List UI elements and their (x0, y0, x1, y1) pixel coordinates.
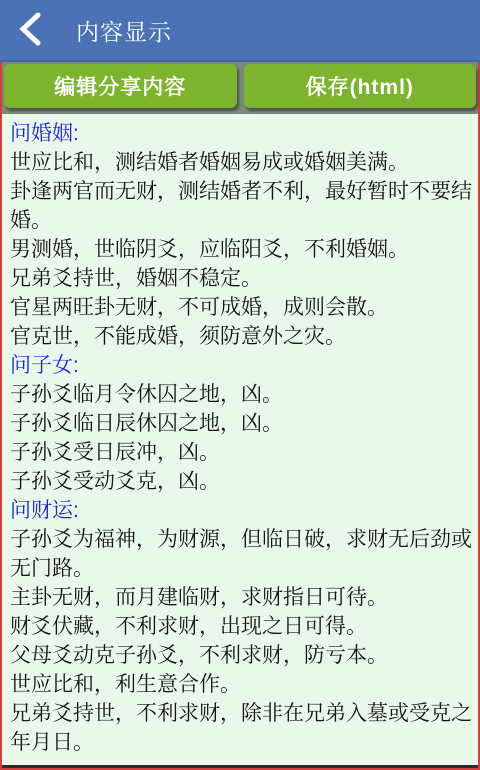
back-button[interactable] (8, 7, 52, 53)
section-heading: 问婚姻: (10, 119, 472, 148)
content-line: 子孙爻临月令休囚之地，凶。 (10, 380, 472, 409)
content-scroll-area[interactable]: 问婚姻: 世应比和，测结婚者婚姻易成或婚姻美满。 卦逢两官而无财，测结婚者不利，… (2, 114, 478, 768)
section-heading: 问子女: (10, 351, 472, 380)
content-line: 主卦无财，而月建临财，求财指日可待。 (10, 583, 472, 612)
page-title: 内容显示 (76, 14, 172, 47)
content-line: 卦逢两官而无财，测结婚者不利，最好暂时不要结婚。 (10, 177, 472, 235)
toolbar: 编辑分享内容 保存(html) (2, 62, 478, 114)
chevron-left-icon (17, 12, 43, 49)
edit-share-button[interactable]: 编辑分享内容 (4, 64, 237, 108)
content-line: 男测婚，世临阴爻，应临阳爻，不利婚姻。 (10, 235, 472, 264)
title-bar: 内容显示 (0, 0, 480, 62)
section-children: 问子女: 子孙爻临月令休囚之地，凶。 子孙爻临日辰休囚之地，凶。 子孙爻受日辰冲… (10, 351, 472, 496)
content-line: 父母爻动克子孙爻，不利求财，防亏本。 (10, 641, 472, 670)
content-line: 子孙爻受日辰冲，凶。 (10, 438, 472, 467)
content-line: 世应比和，测结婚者婚姻易成或婚姻美满。 (10, 148, 472, 177)
content-line: 兄弟爻持世，不利求财，除非在兄弟入墓或受克之年月日。 (10, 699, 472, 757)
content-line: 官星两旺卦无财，不可成婚，成则会散。 (10, 293, 472, 322)
content-line: 子孙爻临日辰休囚之地，凶。 (10, 409, 472, 438)
content-line: 官克世，不能成婚，须防意外之灾。 (10, 322, 472, 351)
content-line: 财爻伏藏，不利求财，出现之日可得。 (10, 612, 472, 641)
app-screen: 内容显示 编辑分享内容 保存(html) 问婚姻: 世应比和，测结婚者婚姻易成或… (0, 0, 480, 770)
content-line: 子孙爻受动爻克，凶。 (10, 467, 472, 496)
section-heading: 问财运: (10, 496, 472, 525)
red-frame: 编辑分享内容 保存(html) 问婚姻: 世应比和，测结婚者婚姻易成或婚姻美满。… (0, 62, 480, 770)
save-html-button[interactable]: 保存(html) (244, 64, 477, 108)
section-wealth: 问财运: 子孙爻为福神，为财源，但临日破，求财无后劲或无门路。 主卦无财，而月建… (10, 496, 472, 757)
content-line: 世应比和，利生意合作。 (10, 670, 472, 699)
content-line: 子孙爻为福神，为财源，但临日破，求财无后劲或无门路。 (10, 525, 472, 583)
section-marriage: 问婚姻: 世应比和，测结婚者婚姻易成或婚姻美满。 卦逢两官而无财，测结婚者不利，… (10, 119, 472, 351)
content-line: 兄弟爻持世，婚姻不稳定。 (10, 264, 472, 293)
